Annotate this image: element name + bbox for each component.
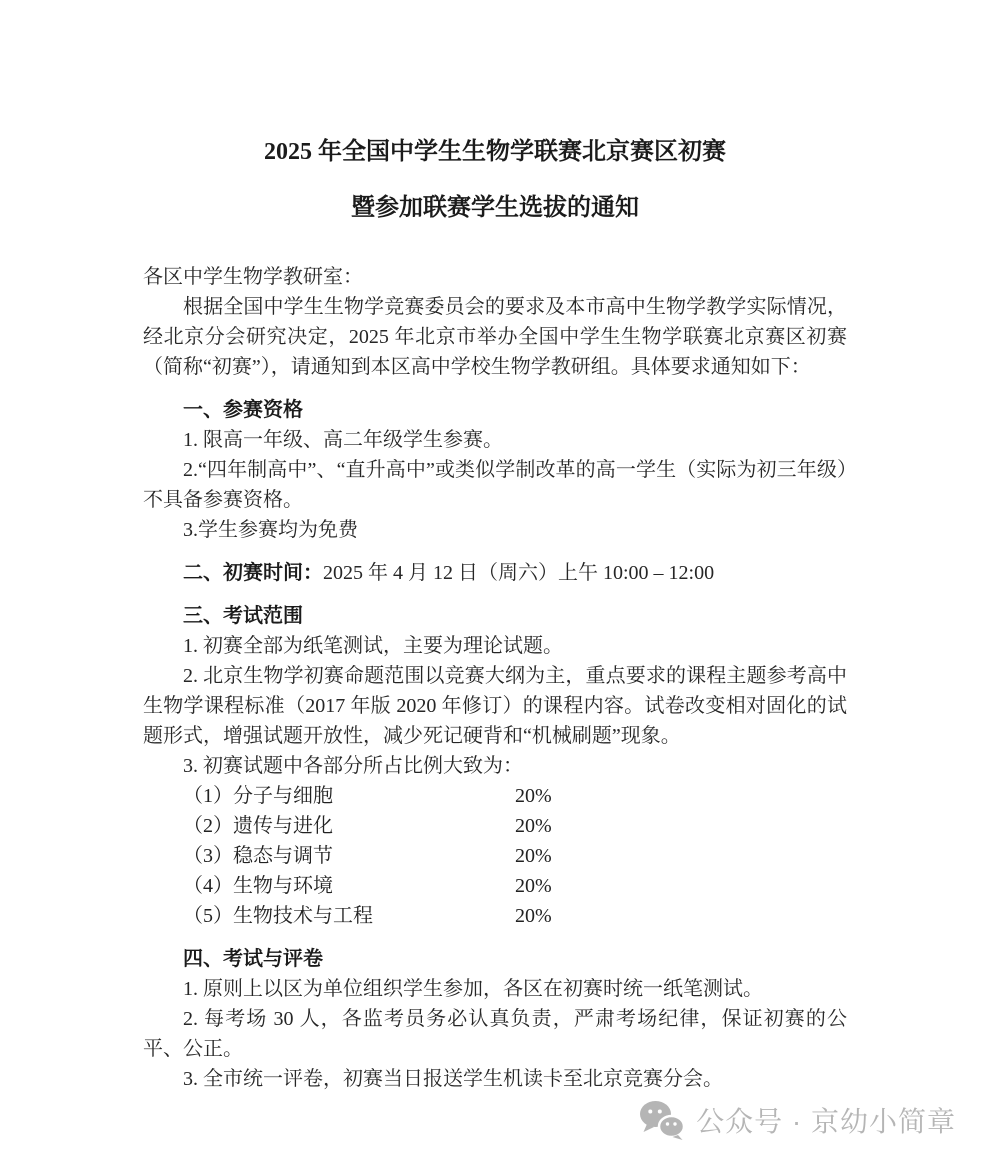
section2-heading-label: 二、初赛时间： xyxy=(183,562,323,584)
watermark-text: 公众号 · 京幼小简章 xyxy=(696,1100,956,1140)
proportion-row: （2）遗传与进化 20% xyxy=(143,811,847,841)
proportion-label: （2）遗传与进化 xyxy=(183,815,333,837)
proportion-label: （1）分子与细胞 xyxy=(183,785,333,807)
proportion-value: 20% xyxy=(515,811,552,841)
section3-item2: 2. 北京生物学初赛命题范围以竞赛大纲为主，重点要求的课程主题参考高中生物学课程… xyxy=(143,661,847,751)
section4-item1: 1. 原则上以区为单位组织学生参加，各区在初赛时统一纸笔测试。 xyxy=(143,974,847,1004)
proportion-row: （4）生物与环境 20% xyxy=(143,871,847,901)
doc-title-line1: 2025 年全国中学生生物学联赛北京赛区初赛 xyxy=(143,136,847,168)
proportion-row: （1）分子与细胞 20% xyxy=(143,781,847,811)
section3-heading: 三、考试范围 xyxy=(143,601,847,631)
section3-item3: 3. 初赛试题中各部分所占比例大致为： xyxy=(143,751,847,781)
document-page: 2025 年全国中学生生物学联赛北京赛区初赛 暨参加联赛学生选拔的通知 各区中学… xyxy=(0,0,984,1164)
section3-item1: 1. 初赛全部为纸笔测试，主要为理论试题。 xyxy=(143,631,847,661)
proportion-row: （5）生物技术与工程 20% xyxy=(143,901,847,931)
section2-heading: 二、初赛时间：2025 年 4 月 12 日（周六）上午 10:00 – 12:… xyxy=(143,558,847,588)
proportion-value: 20% xyxy=(515,841,552,871)
section2-time-text: 2025 年 4 月 12 日（周六）上午 10:00 – 12:00 xyxy=(323,562,714,584)
proportion-row: （3）稳态与调节 20% xyxy=(143,841,847,871)
document-content: 2025 年全国中学生生物学联赛北京赛区初赛 暨参加联赛学生选拔的通知 各区中学… xyxy=(143,136,847,1094)
intro-paragraph: 根据全国中学生生物学竞赛委员会的要求及本市高中生物学教学实际情况，经北京分会研究… xyxy=(143,292,847,382)
proportion-value: 20% xyxy=(515,781,552,811)
section1-item3: 3.学生参赛均为免费 xyxy=(143,515,847,545)
proportion-label: （5）生物技术与工程 xyxy=(183,905,373,927)
wechat-icon xyxy=(638,1100,686,1140)
proportion-value: 20% xyxy=(515,871,552,901)
proportion-value: 20% xyxy=(515,901,552,931)
proportion-label: （3）稳态与调节 xyxy=(183,845,333,867)
proportion-label: （4）生物与环境 xyxy=(183,875,333,897)
watermark: 公众号 · 京幼小简章 xyxy=(638,1100,956,1140)
section4-item2: 2. 每考场 30 人，各监考员务必认真负责，严肃考场纪律，保证初赛的公平、公正… xyxy=(143,1004,847,1064)
salutation: 各区中学生物学教研室： xyxy=(143,262,847,292)
doc-title-line2: 暨参加联赛学生选拔的通知 xyxy=(143,192,847,224)
section1-item2: 2.“四年制高中”、“直升高中”或类似学制改革的高一学生（实际为初三年级）不具备… xyxy=(143,455,847,515)
section1-heading: 一、参赛资格 xyxy=(143,395,847,425)
section1-item1: 1. 限高一年级、高二年级学生参赛。 xyxy=(143,425,847,455)
section4-item3: 3. 全市统一评卷，初赛当日报送学生机读卡至北京竞赛分会。 xyxy=(143,1064,847,1094)
section4-heading: 四、考试与评卷 xyxy=(143,944,847,974)
